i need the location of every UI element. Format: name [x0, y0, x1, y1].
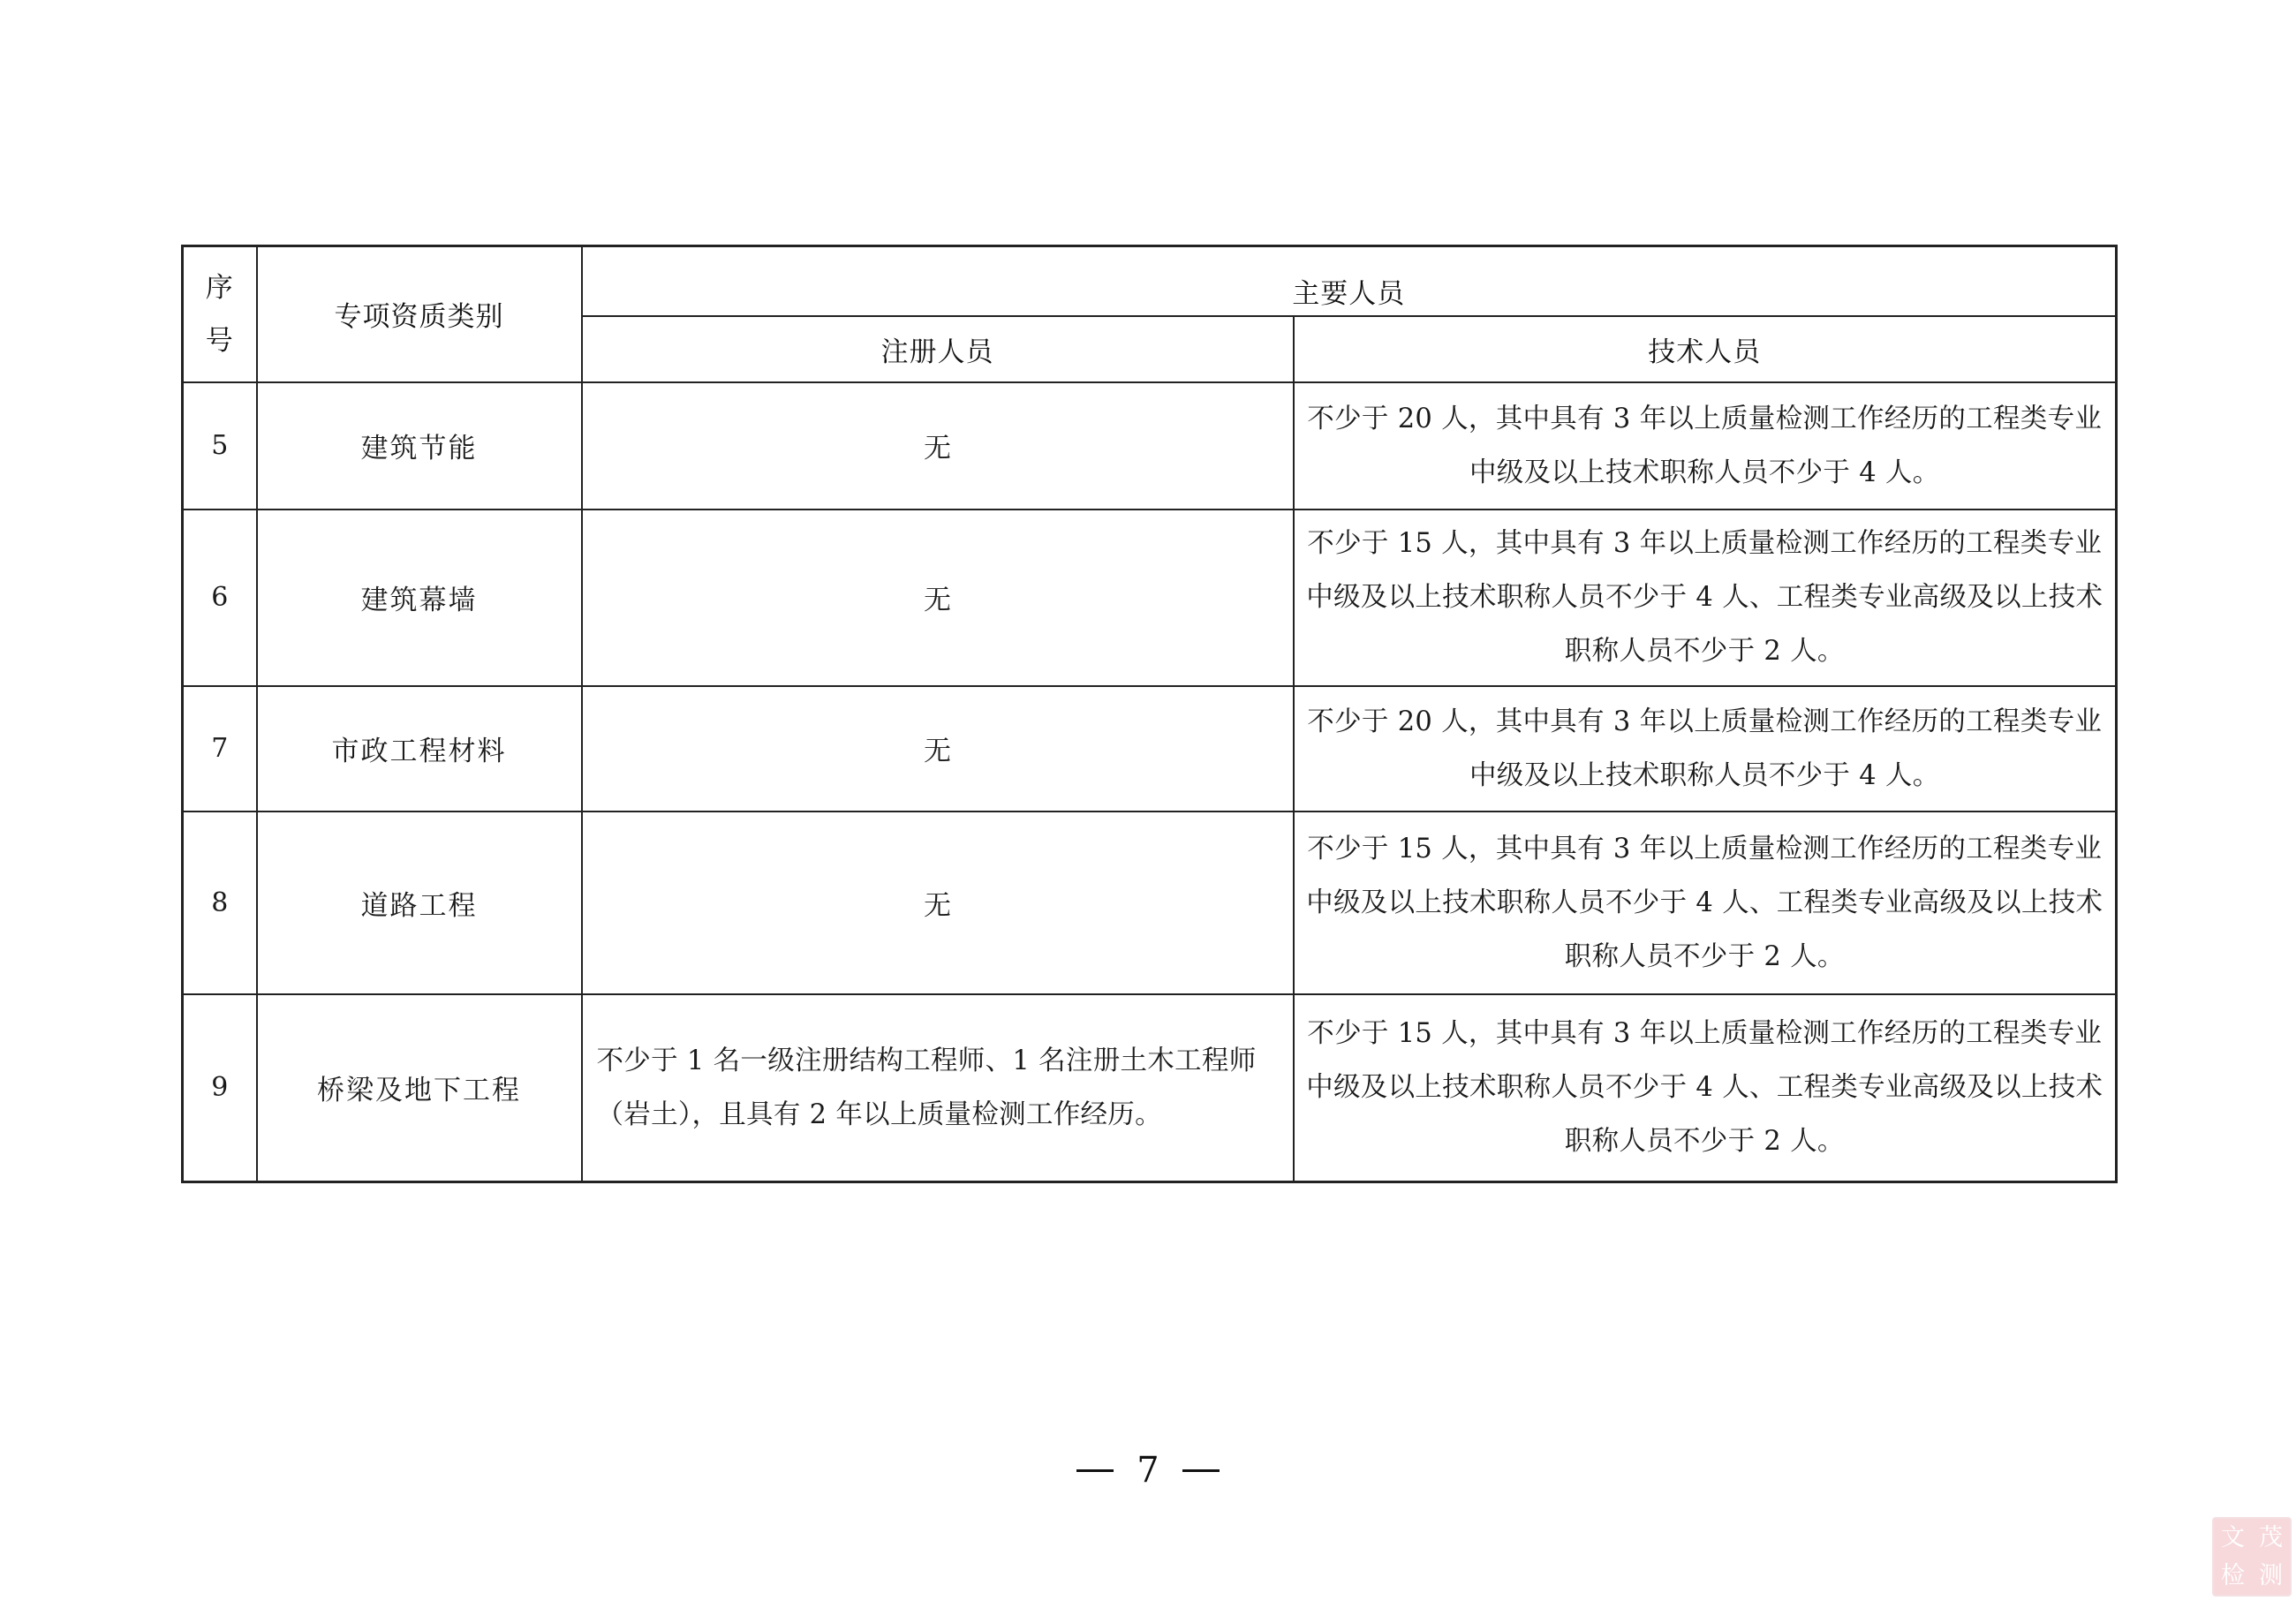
header-row-main: 序 号 专项资质类别 主要人员: [183, 246, 2117, 316]
row-seq: 6: [183, 510, 257, 686]
table-row: 7 市政工程材料 无 不少于 20 人，其中具有 3 年以上质量检测工作经历的工…: [183, 686, 2117, 811]
row-registered: 无: [582, 811, 1294, 994]
row-category: 市政工程材料: [257, 686, 582, 811]
row-technical: 不少于 20 人，其中具有 3 年以上质量检测工作经历的工程类专业中级及以上技术…: [1294, 686, 2117, 811]
row-seq: 9: [183, 994, 257, 1182]
table-row: 6 建筑幕墙 无 不少于 15 人，其中具有 3 年以上质量检测工作经历的工程类…: [183, 510, 2117, 686]
column-header-main-personnel: 主要人员: [582, 246, 2117, 316]
page-number-dash-right: [1182, 1469, 1220, 1472]
qualification-requirements-table: 序 号 专项资质类别 主要人员 注册人员 技术人员 5 建筑节能 无 不少于 2…: [181, 245, 2118, 1183]
watermark-char: 检: [2221, 1564, 2245, 1588]
row-technical: 不少于 15 人，其中具有 3 年以上质量检测工作经历的工程类专业中级及以上技术…: [1294, 994, 2117, 1182]
row-registered: 无: [582, 686, 1294, 811]
row-registered: 无: [582, 382, 1294, 510]
row-registered: 无: [582, 510, 1294, 686]
watermark-char: 茂: [2259, 1526, 2283, 1550]
table-row: 5 建筑节能 无 不少于 20 人，其中具有 3 年以上质量检测工作经历的工程类…: [183, 382, 2117, 510]
table-row: 8 道路工程 无 不少于 15 人，其中具有 3 年以上质量检测工作经历的工程类…: [183, 811, 2117, 994]
column-header-technical: 技术人员: [1294, 316, 2117, 382]
watermark-stamp: 文 茂 检 测: [2212, 1517, 2292, 1597]
column-header-seq: 序 号: [183, 246, 257, 382]
column-header-category: 专项资质类别: [257, 246, 582, 382]
watermark-char: 测: [2259, 1564, 2283, 1588]
row-category: 桥梁及地下工程: [257, 994, 582, 1182]
watermark-char: 文: [2221, 1526, 2245, 1550]
row-category: 建筑幕墙: [257, 510, 582, 686]
page-number-dash-left: [1076, 1469, 1114, 1472]
table-row: 9 桥梁及地下工程 不少于 1 名一级注册结构工程师、1 名注册土木工程师（岩土…: [183, 994, 2117, 1182]
row-seq: 8: [183, 811, 257, 994]
column-header-registered: 注册人员: [582, 316, 1294, 382]
row-technical: 不少于 15 人，其中具有 3 年以上质量检测工作经历的工程类专业中级及以上技术…: [1294, 811, 2117, 994]
seq-header-char-1: 序: [184, 261, 256, 314]
page-number: 7: [0, 1450, 2296, 1491]
page-number-value: 7: [1137, 1450, 1159, 1491]
row-category: 建筑节能: [257, 382, 582, 510]
row-seq: 7: [183, 686, 257, 811]
seq-header-char-2: 号: [184, 314, 256, 367]
row-registered: 不少于 1 名一级注册结构工程师、1 名注册土木工程师（岩土），且具有 2 年以…: [582, 994, 1294, 1182]
row-seq: 5: [183, 382, 257, 510]
row-technical: 不少于 15 人，其中具有 3 年以上质量检测工作经历的工程类专业中级及以上技术…: [1294, 510, 2117, 686]
document-page: 序 号 专项资质类别 主要人员 注册人员 技术人员 5 建筑节能 无 不少于 2…: [0, 0, 2296, 1623]
row-category: 道路工程: [257, 811, 582, 994]
row-technical: 不少于 20 人，其中具有 3 年以上质量检测工作经历的工程类专业中级及以上技术…: [1294, 382, 2117, 510]
